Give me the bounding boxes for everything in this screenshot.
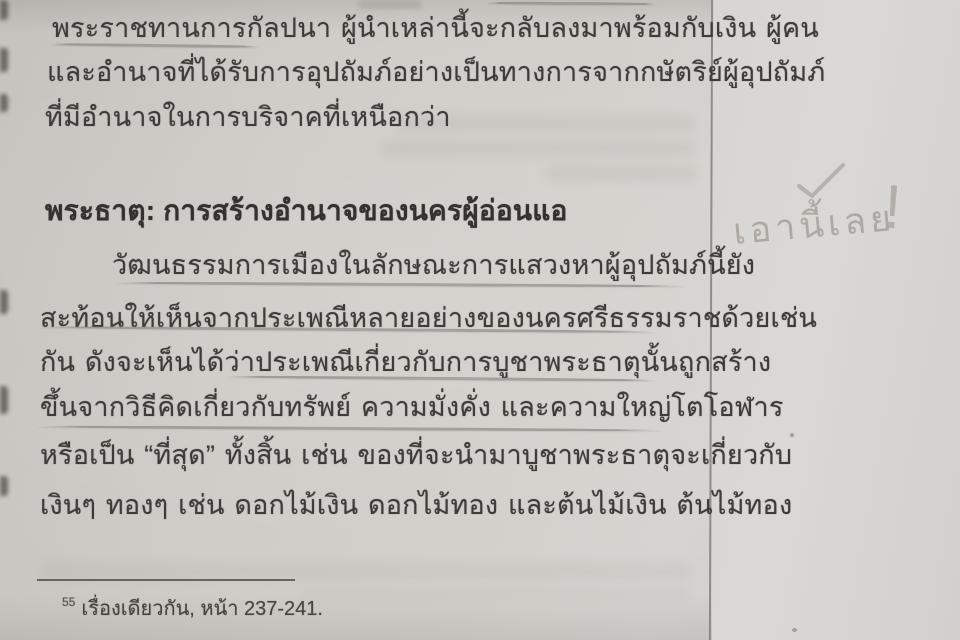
photo-edge-shadow (0, 386, 8, 414)
photo-edge-shadow (0, 0, 8, 20)
body-text-line: สะท้อนให้เห็นจากประเพณีหลายอย่างของนครศร… (40, 296, 817, 339)
book-page-photo: พระราชทานการกัลปนา ผู้นำเหล่านี้จะกลับลง… (0, 0, 960, 640)
dust-speck (792, 628, 797, 632)
body-text-line: ที่มีอำนาจในการบริจาคที่เหนือกว่า (45, 95, 451, 138)
body-text-line: และอำนาจที่ได้รับการอุปถัมภ์อย่างเป็นทาง… (47, 50, 825, 93)
photo-edge-shadow (0, 476, 8, 496)
photo-edge-shadow (0, 94, 8, 112)
show-through-text (545, 166, 697, 180)
pencil-underline-cropped (488, 1, 656, 5)
body-text-line: วัฒนธรรมการเมืองในลักษณะการแสวงหาผู้อุปถ… (112, 243, 755, 286)
footnote-marker: 55 (62, 595, 75, 609)
show-through-text (300, 588, 690, 600)
footnote-text: เรื่องเดียวกัน, หน้า 237-241. (81, 598, 323, 620)
body-text-line: หรือเป็น “ที่สุด” ทั้งสิ้น เช่น ของที่จะ… (40, 433, 792, 476)
show-through-text (380, 141, 695, 156)
footnote-rule (37, 579, 295, 581)
photo-edge-shadow (0, 290, 8, 314)
show-through-text (40, 563, 690, 579)
body-text-line: พระราชทานการกัลปนา ผู้นำเหล่านี้จะกลับลง… (52, 6, 819, 49)
photo-edge-shadow (0, 48, 8, 72)
body-text-line: เงินๆ ทองๆ เช่น ดอกไม้เงิน ดอกไม้ทอง และ… (40, 483, 792, 526)
footnote: 55เรื่องเดียวกัน, หน้า 237-241. (62, 592, 323, 624)
section-heading: พระธาตุ: การสร้างอำนาจของนครผู้อ่อนแอ (45, 189, 567, 233)
body-text-line: ขึ้นจากวิธีคิดเกี่ยวกับทรัพย์ ความมั่งคั… (40, 385, 784, 428)
